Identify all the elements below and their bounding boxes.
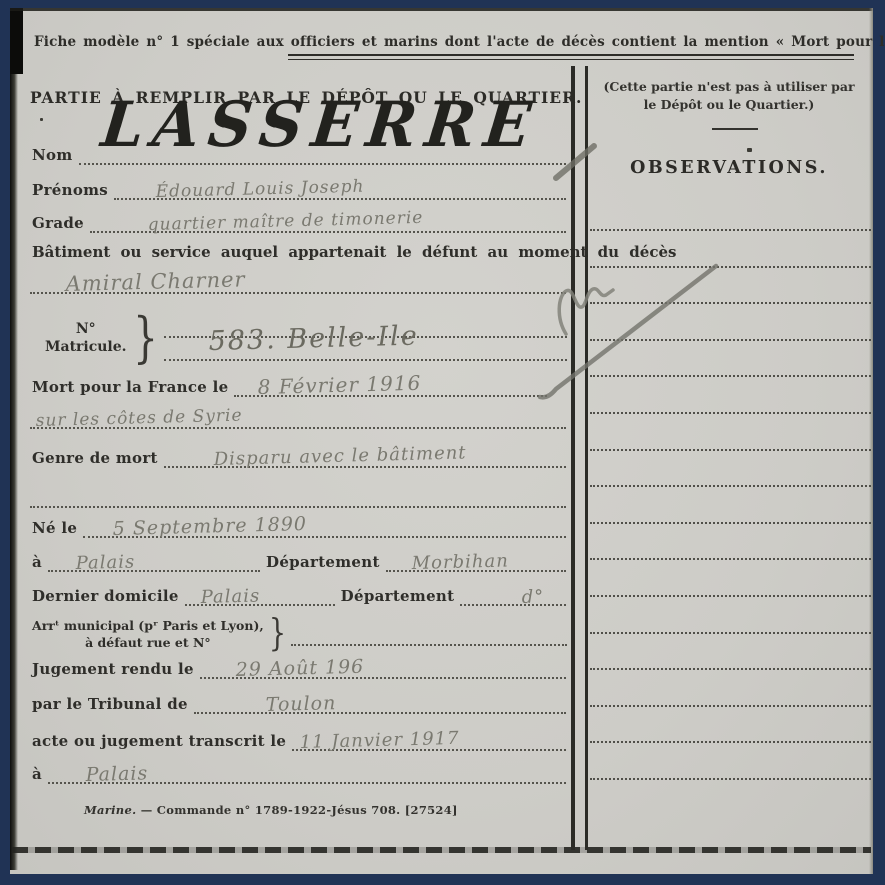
field-transcrit-place: à Palais bbox=[32, 762, 566, 784]
observations-ruled-line bbox=[590, 375, 871, 377]
observations-ruled-line bbox=[590, 741, 871, 743]
field-nom: Nom bbox=[32, 143, 566, 165]
mort-label: Mort pour la France le bbox=[32, 377, 228, 397]
scanned-death-record-card: Fiche modèle n° 1 spéciale aux officiers… bbox=[0, 0, 885, 885]
domicile-label: Dernier domicile bbox=[32, 586, 179, 606]
field-mort-place: sur les côtes de Syrie bbox=[30, 407, 566, 429]
nom-line bbox=[79, 143, 567, 165]
domicile-departement-label: Département bbox=[341, 586, 455, 606]
genre-value: Disparu avec le bâtiment bbox=[213, 442, 466, 470]
jugement-value: 29 Août 196 bbox=[235, 656, 364, 681]
field-batiment: Amiral Charner bbox=[30, 272, 566, 294]
grade-label: Grade bbox=[32, 213, 84, 233]
matricule-label-word: Matricule. bbox=[45, 338, 127, 356]
batiment-value: Amiral Charner bbox=[65, 267, 245, 296]
genre-label: Genre de mort bbox=[32, 448, 158, 468]
observations-ruled-line bbox=[590, 339, 871, 341]
transcrit-line: 11 Janvier 1917 bbox=[292, 729, 566, 751]
mort-line: 8 Février 1916 bbox=[234, 375, 547, 397]
form-content: Fiche modèle n° 1 spéciale aux officiers… bbox=[0, 0, 885, 885]
field-transcrit: acte ou jugement transcrit le 11 Janvier… bbox=[32, 729, 566, 751]
domicile-departement-value: d° bbox=[522, 586, 545, 608]
arrt-label: Arrᵗ municipal (pʳ Paris et Lyon), à déf… bbox=[32, 617, 264, 652]
prenoms-line: Édouard Louis Joseph bbox=[114, 178, 566, 200]
birth-departement-line: Morbihan bbox=[386, 550, 566, 572]
transcrit-place-value: Palais bbox=[85, 762, 148, 786]
ink-speck bbox=[747, 148, 752, 152]
ne-value: 5 Septembre 1890 bbox=[113, 513, 308, 540]
mort-place-value: sur les côtes de Syrie bbox=[35, 406, 242, 431]
matricule-value: 583. Belle-Ile bbox=[208, 321, 419, 357]
observations-ruled-line bbox=[590, 595, 871, 597]
prenoms-label: Prénoms bbox=[32, 180, 108, 200]
observations-note: (Cette partie n'est pas à utiliser par l… bbox=[600, 78, 858, 114]
observations-note-rule bbox=[712, 128, 758, 130]
observations-ruled-line bbox=[590, 668, 871, 670]
print-reference-rest: — Commande n° 1789-1922-Jésus 708. [2752… bbox=[136, 803, 457, 817]
field-domicile: Dernier domicile Palais Département d° bbox=[32, 584, 566, 606]
observations-ruled-line bbox=[590, 705, 871, 707]
jugement-label: Jugement rendu le bbox=[32, 659, 194, 679]
field-grade: Grade quartier maître de timonerie bbox=[32, 211, 566, 233]
tribunal-label: par le Tribunal de bbox=[32, 694, 188, 714]
mort-place-line: sur les côtes de Syrie bbox=[30, 407, 566, 429]
field-tribunal: par le Tribunal de Toulon bbox=[32, 692, 566, 714]
batiment-line: Amiral Charner bbox=[30, 272, 566, 294]
domicile-departement-line: d° bbox=[460, 584, 566, 606]
batiment-label: Bâtiment ou service auquel appartenait l… bbox=[32, 243, 572, 261]
observations-ruled-line bbox=[590, 229, 871, 231]
column-divider-rule bbox=[571, 66, 588, 850]
grade-line: quartier maître de timonerie bbox=[90, 211, 566, 233]
domicile-line: Palais bbox=[185, 584, 335, 606]
field-genre-extra bbox=[30, 486, 566, 508]
birthplace-value: Palais bbox=[75, 551, 135, 574]
field-prenoms: Prénoms Édouard Louis Joseph bbox=[32, 178, 566, 200]
field-ne: Né le 5 Septembre 1890 bbox=[32, 516, 566, 538]
mort-value: 8 Février 1916 bbox=[258, 371, 422, 399]
field-genre: Genre de mort Disparu avec le bâtiment bbox=[32, 446, 566, 468]
matricule-lines: 583. Belle-Ile bbox=[164, 315, 567, 361]
transcrit-place-line: Palais bbox=[48, 762, 566, 784]
prenoms-value: Édouard Louis Joseph bbox=[156, 177, 365, 202]
arrt-label-line1: Arrᵗ municipal (pʳ Paris et Lyon), bbox=[32, 617, 264, 635]
observations-ruled-line bbox=[590, 522, 871, 524]
matricule-label: N° Matricule. bbox=[45, 320, 127, 356]
transcrit-value: 11 Janvier 1917 bbox=[300, 728, 460, 753]
arrt-label-line2: à défaut rue et N° bbox=[32, 634, 264, 652]
ne-label: Né le bbox=[32, 518, 77, 538]
genre-line: Disparu avec le bâtiment bbox=[164, 446, 566, 468]
matricule-label-no: N° bbox=[45, 320, 127, 338]
observations-ruled-line bbox=[590, 485, 871, 487]
birthplace-line: Palais bbox=[48, 550, 260, 572]
transcrit-a-label: à bbox=[32, 764, 42, 784]
grade-value: quartier maître de timonerie bbox=[147, 208, 423, 235]
birth-departement-value: Morbihan bbox=[411, 550, 509, 574]
observations-ruled-line bbox=[590, 302, 871, 304]
ne-line: 5 Septembre 1890 bbox=[83, 516, 566, 538]
observations-ruled-line bbox=[590, 778, 871, 780]
observations-ruled-line bbox=[590, 632, 871, 634]
arrt-line bbox=[291, 624, 567, 646]
transcrit-label: acte ou jugement transcrit le bbox=[32, 731, 286, 751]
observations-ruled-line bbox=[590, 558, 871, 560]
form-model-note: Fiche modèle n° 1 spéciale aux officiers… bbox=[34, 34, 864, 50]
observations-ruled-line bbox=[590, 449, 871, 451]
observations-ruled-line bbox=[590, 412, 871, 414]
print-reference-marine: Marine. bbox=[84, 803, 136, 817]
ink-speck bbox=[40, 118, 43, 121]
genre-extra-line bbox=[30, 486, 566, 508]
tribunal-line: Toulon bbox=[194, 692, 566, 714]
field-birthplace: à Palais Département Morbihan bbox=[32, 550, 566, 572]
jugement-line: 29 Août 196 bbox=[200, 657, 566, 679]
domicile-value: Palais bbox=[200, 585, 260, 608]
form-model-note-underline bbox=[288, 54, 854, 60]
birth-departement-label: Département bbox=[266, 552, 380, 572]
observations-title: OBSERVATIONS. bbox=[600, 158, 858, 178]
print-reference: Marine. — Commande n° 1789-1922-Jésus 70… bbox=[84, 803, 458, 817]
birthplace-a-label: à bbox=[32, 552, 42, 572]
tribunal-value: Toulon bbox=[265, 692, 336, 716]
field-jugement: Jugement rendu le 29 Août 196 bbox=[32, 657, 566, 679]
field-matricule: N° Matricule. } 583. Belle-Ile bbox=[45, 312, 567, 364]
nom-label: Nom bbox=[32, 145, 73, 165]
observations-ruled-line bbox=[590, 266, 871, 268]
field-mort: Mort pour la France le 8 Février 1916 bbox=[32, 375, 547, 397]
field-arrt: Arrᵗ municipal (pʳ Paris et Lyon), à déf… bbox=[32, 614, 567, 654]
